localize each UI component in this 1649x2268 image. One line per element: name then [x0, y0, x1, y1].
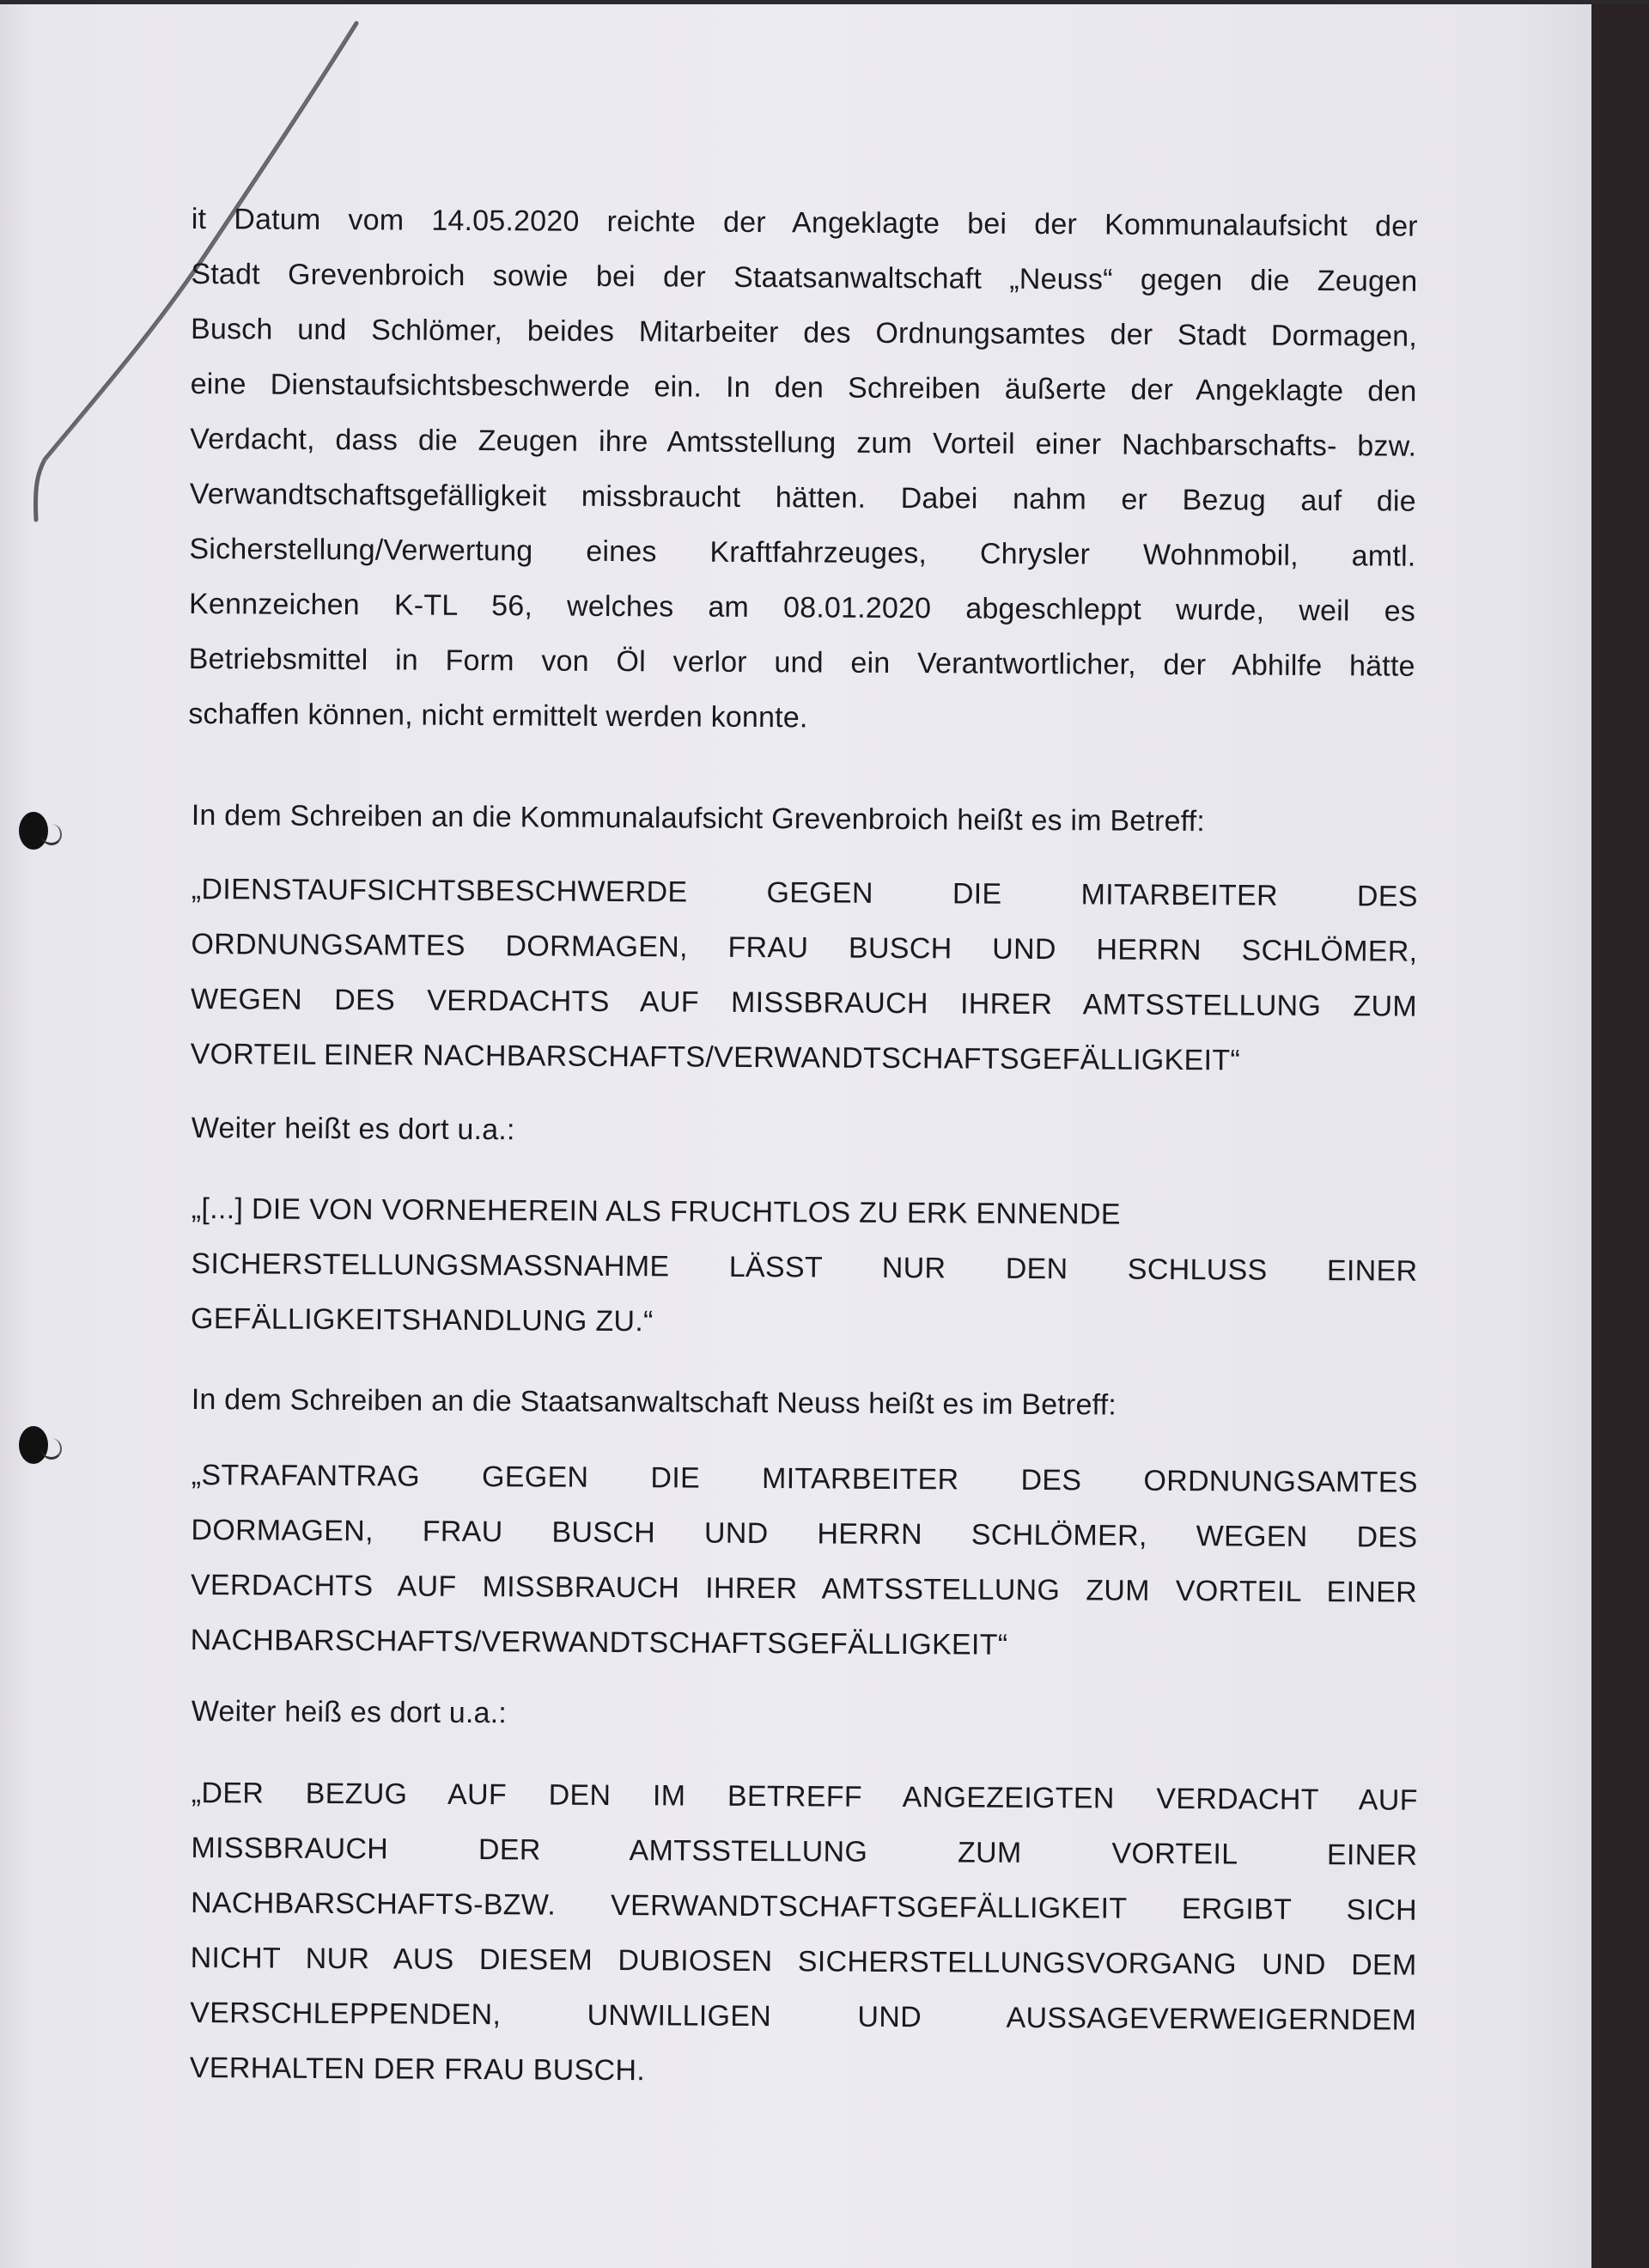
weiter-heisst-es-1: Weiter heißt es dort u.a.: — [192, 1100, 1418, 1163]
quote-kommunalaufsicht-betreff: „DIENSTAUFSICHTSBESCHWERDE GEGEN DIE MIT… — [190, 862, 1418, 1089]
text-line: Weiter heißt es dort u.a.: — [192, 1100, 1418, 1163]
text-line: eine Dienstaufsichtsbeschwerde ein. In d… — [190, 357, 1416, 419]
intro-staatsanwaltschaft: In dem Schreiben an die Staatsanwaltscha… — [192, 1372, 1418, 1435]
quote-kommunalaufsicht-body: „[...] DIE VON VORNEHEREIN ALS FRUCHTLOS… — [191, 1181, 1418, 1354]
text-line: „DER BEZUG AUF DEN IM BETREFF ANGEZEIGTE… — [192, 1765, 1418, 1828]
text-line: MISSBRAUCH DER AMTSSTELLUNG ZUM VORTEIL … — [191, 1820, 1417, 1883]
text-line: Verdacht, dass die Zeugen ihre Amtsstell… — [190, 412, 1416, 474]
punch-hole — [19, 1426, 48, 1464]
text-line: WEGEN DES VERDACHTS AUF MISSBRAUCH IHRER… — [191, 972, 1417, 1034]
text-line: Stadt Grevenbroich sowie bei der Staatsa… — [191, 247, 1417, 309]
intro-kommunalaufsicht: In dem Schreiben an die Kommunalaufsicht… — [192, 788, 1418, 850]
text-line: schaffen können, nicht ermittelt werden … — [188, 686, 1415, 749]
text-line: Sicherstellung/Verwertung eines Kraftfah… — [189, 521, 1415, 584]
text-line: VERDACHTS AUF MISSBRAUCH IHRER AMTSSTELL… — [191, 1558, 1417, 1620]
quote-staatsanwaltschaft-betreff: „STRAFANTRAG GEGEN DIE MITARBEITER DES O… — [190, 1448, 1418, 1675]
text-line: GEFÄLLIGKEITSHANDLUNG ZU.“ — [191, 1291, 1417, 1354]
text-line: VORTEIL EINER NACHBARSCHAFTS/VERWANDTSCH… — [190, 1027, 1416, 1089]
weiter-heisst-es-2: Weiter heiß es dort u.a.: — [192, 1684, 1418, 1747]
text-line: NACHBARSCHAFTS/VERWANDTSCHAFTSGEFÄLLIGKE… — [190, 1613, 1416, 1675]
punch-hole — [19, 812, 48, 850]
text-line: Verwandtschaftsgefälligkeit missbraucht … — [190, 466, 1416, 529]
text-line: Busch und Schlömer, beides Mitarbeiter d… — [191, 302, 1417, 364]
text-line: NACHBARSCHAFTS-BZW. VERWANDTSCHAFTSGEFÄL… — [191, 1875, 1417, 1938]
text-line: SICHERSTELLUNGSMASSNAHME LÄSST NUR DEN S… — [191, 1236, 1417, 1299]
text-line: Weiter heiß es dort u.a.: — [192, 1684, 1418, 1747]
text-line: Kennzeichen K-TL 56, welches am 08.01.20… — [189, 576, 1415, 639]
text-line: In dem Schreiben an die Staatsanwaltscha… — [192, 1372, 1418, 1435]
text-line: DORMAGEN, FRAU BUSCH UND HERRN SCHLÖMER,… — [191, 1503, 1417, 1565]
text-line: „DIENSTAUFSICHTSBESCHWERDE GEGEN DIE MIT… — [192, 862, 1418, 924]
text-line: In dem Schreiben an die Kommunalaufsicht… — [192, 788, 1418, 850]
text-line: Betriebsmittel in Form von Öl verlor und… — [188, 631, 1415, 694]
text-line: NICHT NUR AUS DIESEM DUBIOSEN SICHERSTEL… — [190, 1930, 1416, 1993]
scanned-page: it Datum vom 14.05.2020 reichte der Ange… — [0, 4, 1591, 2268]
text-line: VERHALTEN DER FRAU BUSCH. — [190, 2040, 1416, 2103]
quote-staatsanwaltschaft-body: „DER BEZUG AUF DEN IM BETREFF ANGEZEIGTE… — [190, 1765, 1418, 2103]
text-line: ORDNUNGSAMTES DORMAGEN, FRAU BUSCH UND H… — [191, 917, 1417, 979]
text-line: „STRAFANTRAG GEGEN DIE MITARBEITER DES O… — [192, 1448, 1418, 1510]
text-line: it Datum vom 14.05.2020 reichte der Ange… — [192, 192, 1418, 254]
paragraph-main: it Datum vom 14.05.2020 reichte der Ange… — [188, 192, 1418, 749]
text-line: VERSCHLEPPENDEN, UNWILLIGEN UND AUSSAGEV… — [190, 1985, 1416, 2048]
text-line: „[...] DIE VON VORNEHEREIN ALS FRUCHTLOS… — [192, 1181, 1418, 1244]
